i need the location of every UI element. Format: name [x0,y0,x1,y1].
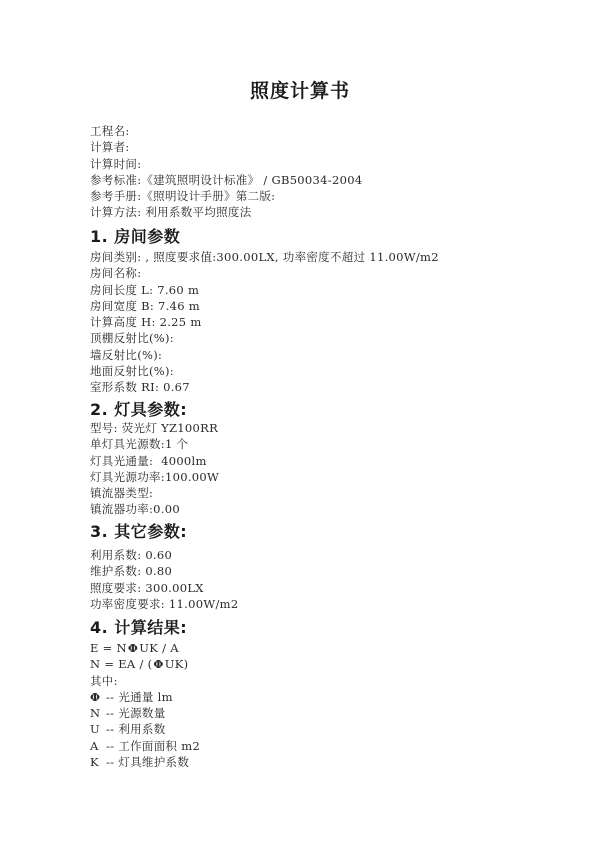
power-density-requirement-line: 功率密度要求: 11.00W/m2 [90,596,540,612]
definition-source-count: N-- 光源数量 [90,705,540,721]
definition-text: -- 灯具维护系数 [106,755,189,769]
formula-pre: N = EA / ( [90,657,152,671]
phi-symbol: Φ [128,641,138,655]
symbol: Φ [90,689,106,705]
formula-post: UK) [165,657,189,671]
symbol: K [90,754,106,770]
definition-flux: Φ-- 光通量 lm [90,689,540,705]
meta-line-project: 工程名: [90,123,540,139]
symbol: N [90,705,106,721]
symbol: A [90,738,106,754]
definition-text: -- 光通量 lm [106,690,173,704]
room-index-line: 室形系数 RI: 0.67 [90,379,540,395]
definition-text: -- 利用系数 [106,722,166,736]
meta-block: 工程名: 计算者: 计算时间: 参考标准:《建筑照明设计标准》 / GB5003… [90,123,540,221]
section-4-body: E = NΦUK / A N = EA / (ΦUK) 其中: Φ-- 光通量 … [90,640,540,770]
maintenance-factor-line: 维护系数: 0.80 [90,563,540,579]
illuminance-requirement-line: 照度要求: 300.00LX [90,580,540,596]
formula-illuminance: E = NΦUK / A [90,640,540,656]
section-3-body: 利用系数: 0.60 维护系数: 0.80 照度要求: 300.00LX 功率密… [90,547,540,612]
section-2-heading: 2. 灯具参数: [90,399,187,421]
room-category-line: 房间类别: , 照度要求值:300.00LX, 功率密度不超过 11.00W/m… [90,249,540,265]
symbol: U [90,721,106,737]
luminous-flux-line: 灯具光通量: 4000lm [90,453,540,469]
among-label: 其中: [90,673,540,689]
meta-line-time: 计算时间: [90,156,540,172]
wall-reflectance-line: 墙反射比(%): [90,347,540,363]
floor-reflectance-line: 地面反射比(%): [90,363,540,379]
formula-post: UK / A [139,641,179,655]
definition-work-area: A-- 工作面面积 m2 [90,738,540,754]
section-3-heading: 3. 其它参数: [90,521,187,543]
room-width-line: 房间宽度 B: 7.46 m [90,298,540,314]
section-2-body: 型号: 荧光灯 YZ100RR 单灯具光源数:1 个 灯具光通量: 4000lm… [90,420,540,518]
section-4-heading: 4. 计算结果: [90,617,187,639]
phi-symbol: Φ [153,657,163,671]
formula-pre: E = N [90,641,127,655]
meta-line-handbook: 参考手册:《照明设计手册》第二版: [90,188,540,204]
utilization-factor-line: 利用系数: 0.60 [90,547,540,563]
meta-line-calculator: 计算者: [90,139,540,155]
section-1-heading: 1. 房间参数 [90,226,180,248]
formula-source-count: N = EA / (ΦUK) [90,656,540,672]
sources-per-lamp-line: 单灯具光源数:1 个 [90,436,540,452]
definition-utilization: U-- 利用系数 [90,721,540,737]
ballast-power-line: 镇流器功率:0.00 [90,501,540,517]
calc-height-line: 计算高度 H: 2.25 m [90,314,540,330]
definition-text: -- 工作面面积 m2 [106,739,200,753]
document-page: 照度计算书 工程名: 计算者: 计算时间: 参考标准:《建筑照明设计标准》 / … [0,0,600,850]
room-length-line: 房间长度 L: 7.60 m [90,282,540,298]
room-name-line: 房间名称: [90,265,540,281]
section-1-body: 房间类别: , 照度要求值:300.00LX, 功率密度不超过 11.00W/m… [90,249,540,396]
page-title: 照度计算书 [0,76,600,103]
ballast-type-line: 镇流器类型: [90,485,540,501]
meta-line-standard: 参考标准:《建筑照明设计标准》 / GB50034-2004 [90,172,540,188]
ceiling-reflectance-line: 顶棚反射比(%): [90,330,540,346]
lamp-power-line: 灯具光源功率:100.00W [90,469,540,485]
meta-line-method: 计算方法: 利用系数平均照度法 [90,204,540,220]
definition-maintenance: K-- 灯具维护系数 [90,754,540,770]
lamp-model-line: 型号: 荧光灯 YZ100RR [90,420,540,436]
definition-text: -- 光源数量 [106,706,166,720]
symbol-definitions: Φ-- 光通量 lm N-- 光源数量 U-- 利用系数 A-- 工作面面积 m… [90,689,540,770]
